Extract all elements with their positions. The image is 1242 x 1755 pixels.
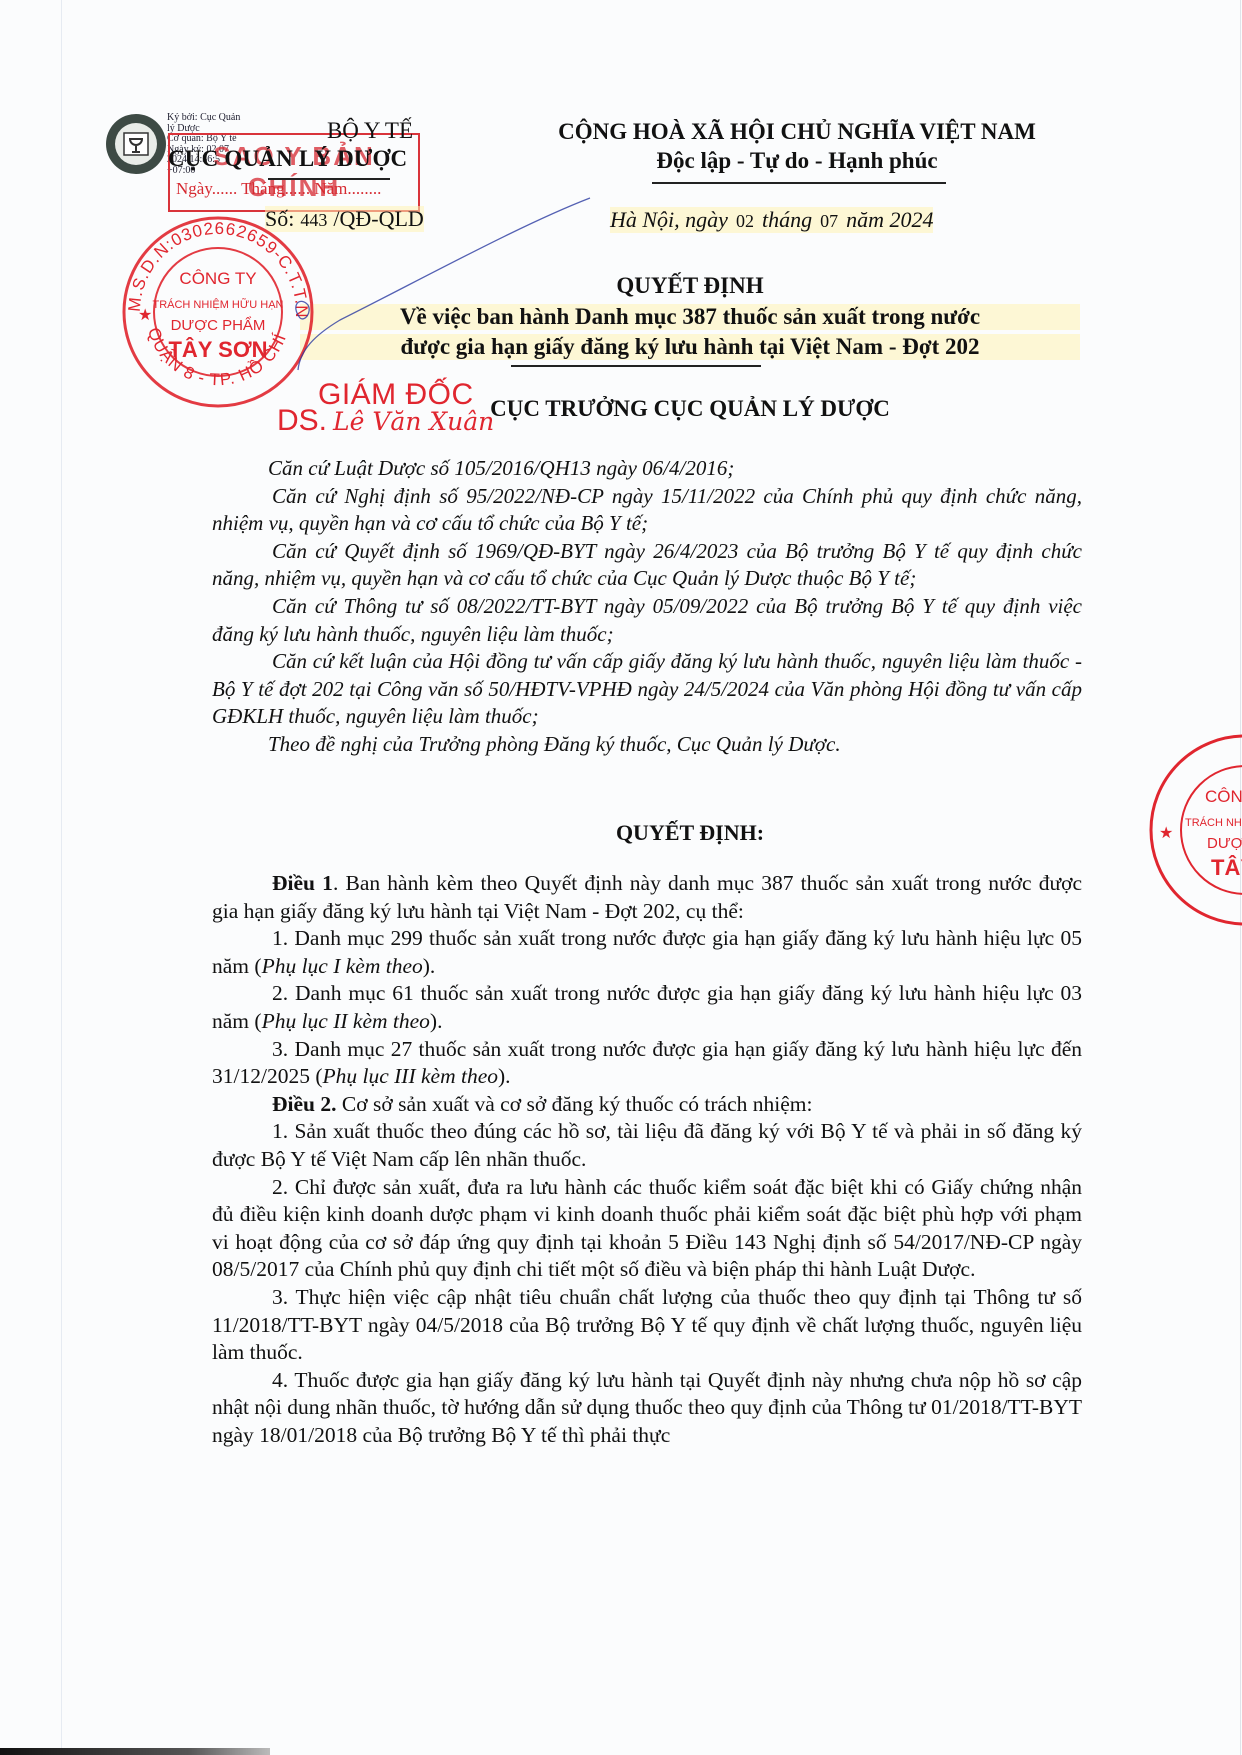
doc-number-suffix: /QĐ-QLD: [333, 206, 423, 231]
motto-underline: [652, 182, 946, 184]
appendix-ref: Phụ lục I kèm theo: [262, 954, 423, 978]
ministry-seal-icon: [104, 112, 168, 176]
signature-line: Ký bởi: Cục Quản: [167, 113, 240, 124]
article-1-item: 2. Danh mục 61 thuốc sản xuất trong nước…: [212, 980, 1082, 1035]
director-prefix: DS.: [277, 404, 327, 437]
company-seal-stamp: M.S.D.N:0302662659-C.T.T.N.H.H QUẬN 8 - …: [118, 212, 318, 412]
page-edge-left: [61, 0, 62, 1755]
article-1-item: 1. Danh mục 299 thuốc sản xuất trong nướ…: [212, 925, 1082, 980]
director-signature: DS.Lê Văn Xuân: [277, 404, 494, 438]
decision-heading: QUYẾT ĐỊNH:: [300, 820, 1080, 846]
item-end: ).: [423, 954, 436, 978]
svg-text:TÂY SƠN: TÂY SƠN: [168, 337, 267, 362]
svg-text:TRÁCH NHIỆM HỮU HẠN: TRÁCH NHIỆM HỮU HẠN: [1185, 816, 1242, 829]
date-month: 07: [820, 211, 838, 231]
department-name: CỤC QUẢN LÝ DƯỢC: [168, 146, 407, 172]
article-2-item: 3. Thực hiện việc cập nhật tiêu chuẩn ch…: [212, 1284, 1082, 1367]
month-label: tháng: [762, 207, 812, 232]
svg-text:CÔNG TY: CÔNG TY: [1205, 787, 1242, 806]
director-name: Lê Văn Xuân: [333, 407, 494, 436]
article-1-text: . Ban hành kèm theo Quyết định này danh …: [212, 871, 1082, 923]
national-motto: Độc lập - Tự do - Hạnh phúc: [522, 148, 1072, 174]
date-year: năm 2024: [846, 207, 933, 232]
item-end: ).: [498, 1064, 511, 1088]
legal-basis-list: Căn cứ Luật Dược số 105/2016/QH13 ngày 0…: [212, 455, 1082, 759]
legal-basis-item: Căn cứ Nghị định số 95/2022/NĐ-CP ngày 1…: [212, 483, 1082, 538]
article-1-label: Điều 1: [272, 871, 333, 895]
place-and-date: Hà Nội, ngày02tháng07năm 2024: [610, 207, 933, 233]
appendix-ref: Phụ lục II kèm theo: [262, 1009, 430, 1033]
article-1: Điều 1. Ban hành kèm theo Quyết định này…: [212, 870, 1082, 925]
legal-basis-item: Căn cứ Quyết định số 1969/QĐ-BYT ngày 26…: [212, 538, 1082, 593]
svg-text:DƯỢC PHẨM: DƯỢC PHẨM: [171, 316, 266, 334]
company-seal-stamp-edge: ★ CÔNG TY TRÁCH NHIỆM HỮU HẠN DƯỢC PHẨM …: [1145, 730, 1242, 930]
article-2-label: Điều 2.: [272, 1092, 337, 1116]
svg-text:TRÁCH NHIỆM HỮU HẠN: TRÁCH NHIỆM HỮU HẠN: [152, 298, 283, 311]
scan-edge: [0, 1748, 270, 1755]
subject-underline: [511, 365, 761, 367]
svg-text:TÂY SƠN: TÂY SƠN: [1211, 855, 1242, 880]
legal-basis-item: Căn cứ Luật Dược số 105/2016/QH13 ngày 0…: [212, 455, 1082, 483]
legal-basis-item: Theo đề nghị của Trưởng phòng Đăng ký th…: [212, 731, 1082, 759]
date-day: 02: [736, 211, 754, 231]
svg-text:★: ★: [1159, 825, 1173, 842]
svg-text:★: ★: [138, 307, 152, 324]
article-2-item: 4. Thuốc được gia hạn giấy đăng ký lưu h…: [212, 1367, 1082, 1450]
article-2-item: 1. Sản xuất thuốc theo đúng các hồ sơ, t…: [212, 1118, 1082, 1173]
certified-copy-stamp: SAO Y BẢN CHÍNH Ngày...... Tháng...... N…: [168, 133, 420, 212]
copy-stamp-date: Ngày...... Tháng...... Năm........: [176, 179, 381, 199]
svg-text:DƯỢC PHẨM: DƯỢC PHẨM: [1207, 834, 1242, 852]
ministry-name: BỘ Y TẾ: [255, 118, 485, 144]
item-end: ).: [430, 1009, 443, 1033]
place-prefix: Hà Nội, ngày: [610, 207, 728, 232]
articles: Điều 1. Ban hành kèm theo Quyết định này…: [212, 870, 1082, 1449]
legal-basis-item: Căn cứ kết luận của Hội đồng tư vấn cấp …: [212, 648, 1082, 731]
national-title: CỘNG HOÀ XÃ HỘI CHỦ NGHĨA VIỆT NAM: [522, 119, 1072, 145]
decision-subject-line1: Về việc ban hành Danh mục 387 thuốc sản …: [300, 304, 1080, 330]
article-2-text: Cơ sở sản xuất và cơ sở đăng ký thuốc có…: [337, 1092, 813, 1116]
appendix-ref: Phụ lục III kèm theo: [322, 1064, 498, 1088]
decision-title: QUYẾT ĐỊNH: [300, 273, 1080, 299]
legal-basis-item: Căn cứ Thông tư số 08/2022/TT-BYT ngày 0…: [212, 593, 1082, 648]
article-1-item: 3. Danh mục 27 thuốc sản xuất trong nước…: [212, 1036, 1082, 1091]
svg-text:CÔNG TY: CÔNG TY: [179, 269, 256, 288]
decision-subject-line2: được gia hạn giấy đăng ký lưu hành tại V…: [300, 334, 1080, 360]
article-2: Điều 2. Cơ sở sản xuất và cơ sở đăng ký …: [212, 1091, 1082, 1119]
article-2-item: 2. Chỉ được sản xuất, đưa ra lưu hành cá…: [212, 1174, 1082, 1284]
department-underline: [268, 178, 390, 180]
